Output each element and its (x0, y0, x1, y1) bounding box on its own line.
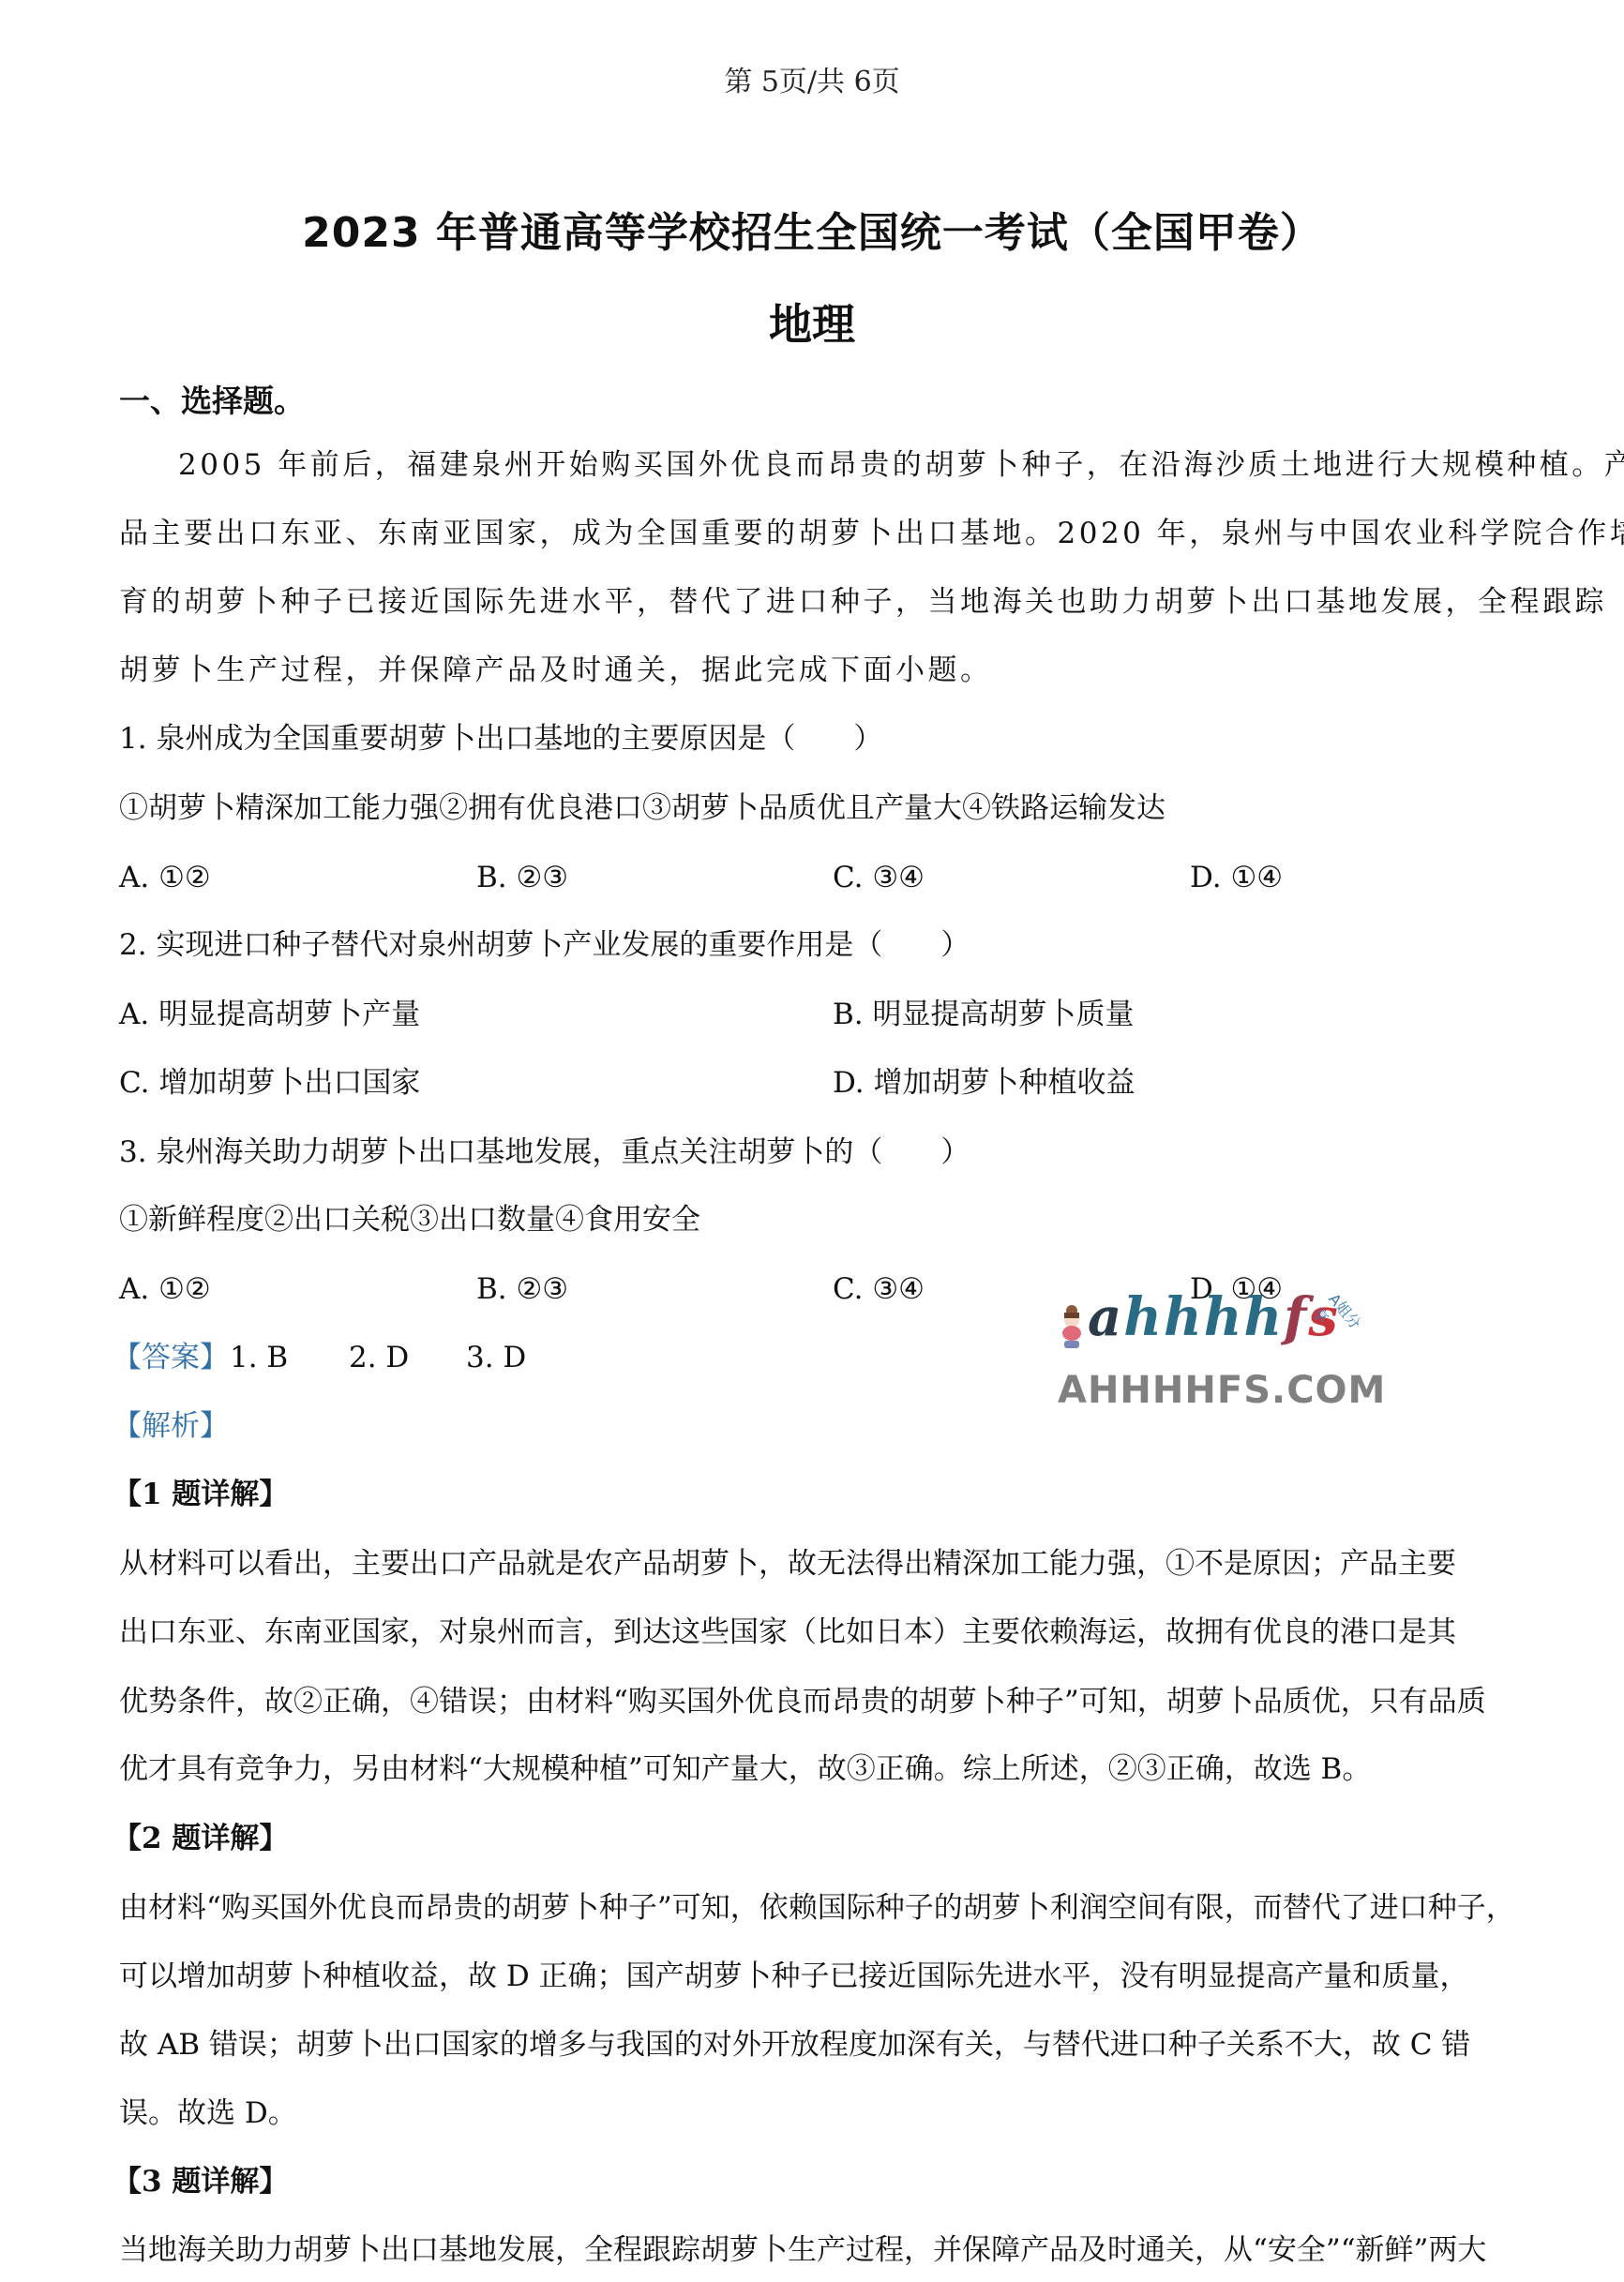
subject-title: 地理 (0, 291, 1624, 353)
question-2-option-d: D. 增加胡萝卜种植收益 (833, 1064, 1135, 1102)
explanation-1-line: 优势条件，故②正确，④错误；由材料“购买国外优良而昂贵的胡萝卜种子”可知，胡萝卜… (119, 1683, 1486, 1720)
question-2-option-b: B. 明显提高胡萝卜质量 (833, 996, 1135, 1033)
page-number: 第 5页/共 6页 (0, 58, 1624, 99)
explanation-1-line: 从材料可以看出，主要出口产品就是农产品胡萝卜，故无法得出精深加工能力强，①不是原… (119, 1545, 1456, 1583)
watermark-logo: aahhhhfshhhhfs (1088, 1286, 1340, 1348)
explanation-2-line: 由材料“购买国外优良而昂贵的胡萝卜种子”可知，依赖国际种子的胡萝卜利润空间有限，… (119, 1889, 1515, 1927)
section-heading: 一、选择题。 (119, 377, 305, 421)
explanation-2-line: 故 AB 错误；胡萝卜出口国家的增多与我国的对外开放程度加深有关，与替代进口种子… (119, 2026, 1470, 2064)
passage-line: 育的胡萝卜种子已接近国际先进水平，替代了进口种子，当地海关也助力胡萝卜出口基地发… (119, 583, 1607, 621)
question-3-option-a: A. ①② (119, 1270, 211, 1308)
exam-title: 2023 年普通高等学校招生全国统一考试（全国甲卷） (0, 199, 1624, 259)
passage-line: 2005 年前后，福建泉州开始购买国外优良而昂贵的胡萝卜种子，在沿海沙质土地进行… (178, 446, 1624, 484)
analysis-label: 【解析】 (113, 1407, 229, 1445)
answer-label: 【答案】 (113, 1339, 229, 1376)
question-2-option-a: A. 明显提高胡萝卜产量 (119, 996, 420, 1033)
question-3-stem: 3. 泉州海关助力胡萝卜出口基地发展，重点关注胡萝卜的（ ） (119, 1133, 970, 1171)
watermark: aahhhhfshhhhfs A姐分享 AHHHHFS.COM (1050, 1286, 1388, 1418)
question-1-option-a: A. ①② (119, 859, 211, 896)
question-3-option-c: C. ③④ (833, 1270, 925, 1308)
question-2-stem: 2. 实现进口种子替代对泉州胡萝卜产业发展的重要作用是（ ） (119, 926, 970, 964)
explanation-2-line: 可以增加胡萝卜种植收益，故 D 正确；国产胡萝卜种子已接近国际先进水平，没有明显… (119, 1958, 1469, 1995)
answer-3: 3. D (466, 1339, 526, 1376)
question-3-option-b: B. ②③ (476, 1270, 568, 1308)
question-1-option-b: B. ②③ (476, 859, 568, 896)
passage-line: 品主要出口东亚、东南亚国家，成为全国重要的胡萝卜出口基地。2020 年，泉州与中… (119, 515, 1624, 552)
explanation-2-heading: 【2 题详解】 (113, 1820, 288, 1857)
question-1-option-c: C. ③④ (833, 859, 925, 896)
passage-line: 胡萝卜生产过程，并保障产品及时通关，据此完成下面小题。 (119, 652, 993, 689)
question-1-stem: 1. 泉州成为全国重要胡萝卜出口基地的主要原因是（ ） (119, 720, 882, 758)
explanation-1-heading: 【1 题详解】 (113, 1476, 288, 1513)
explanation-3-line: 当地海关助力胡萝卜出口基地发展，全程跟踪胡萝卜生产过程，并保障产品及时通关，从“… (119, 2231, 1486, 2269)
question-3-items: ①新鲜程度②出口关税③出口数量④食用安全 (119, 1201, 700, 1239)
answer-1: 1. B (230, 1339, 288, 1376)
explanation-1-line: 出口东亚、东南亚国家，对泉州而言，到达这些国家（比如日本）主要依赖海运，故拥有优… (119, 1614, 1456, 1651)
question-1-option-d: D. ①④ (1190, 859, 1283, 896)
question-1-items: ①胡萝卜精深加工能力强②拥有优良港口③胡萝卜品质优且产量大④铁路运输发达 (119, 789, 1165, 827)
explanation-3-heading: 【3 题详解】 (113, 2163, 288, 2200)
question-2-option-c: C. 增加胡萝卜出口国家 (119, 1064, 420, 1102)
watermark-url: AHHHHFS.COM (1058, 1369, 1386, 1412)
explanation-1-line: 优才具有竞争力，另由材料“大规模种植”可知产量大，故③正确。综上所述，②③正确，… (119, 1750, 1371, 1788)
answer-2: 2. D (349, 1339, 409, 1376)
girl-mascot-icon (1058, 1303, 1086, 1350)
explanation-2-line: 误。故选 D。 (119, 2094, 297, 2132)
